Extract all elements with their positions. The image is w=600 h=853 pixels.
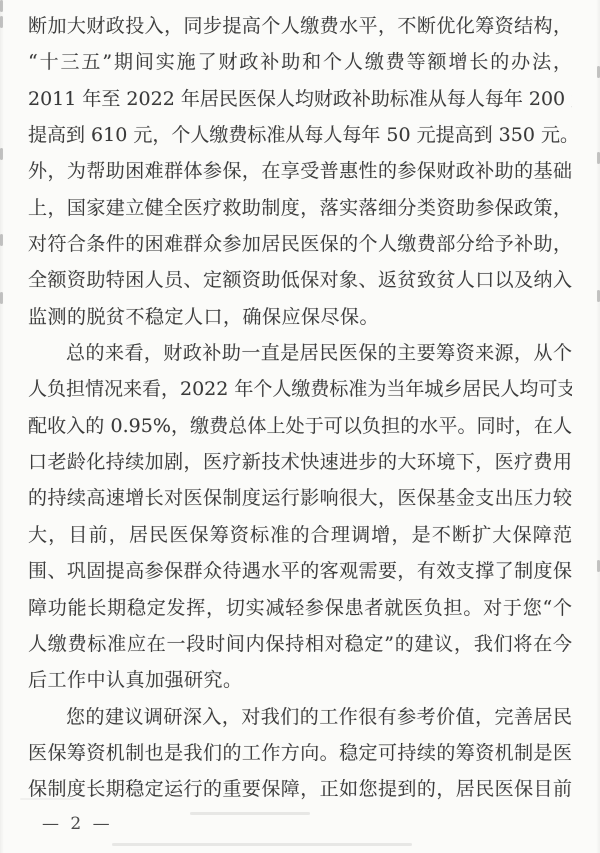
document-line: 对符合条件的困难群众参加居民医保的个人缴费部分给予补助， <box>28 226 572 262</box>
document-line: 您的建议调研深入，对我们的工作很有参考价值，完善居民 <box>28 699 572 735</box>
document-line: 大，目前，居民医保筹资标准的合理调增，是不断扩大保障范 <box>28 517 572 553</box>
scan-edge-mark <box>0 292 3 304</box>
scan-smudge <box>112 843 412 846</box>
document-line: 障功能长期稳定发挥，切实减轻参保患者就医负担。对于您“个 <box>28 590 572 626</box>
document-line: 配收入的 0.95%，缴费总体上处于可以负担的水平。同时，在人 <box>28 408 572 444</box>
scan-edge-mark <box>0 0 3 12</box>
document-line: “十三五”期间实施了财政补助和个人缴费等额增长的办法， <box>28 44 572 80</box>
document-line: 全额资助特困人员、定额资助低保对象、返贫致贫人口以及纳入 <box>28 262 572 298</box>
document-line: 总的来看，财政补助一直是居民医保的主要筹资来源，从个 <box>28 335 572 371</box>
document-line: 医保筹资机制也是我们的工作方向。稳定可持续的筹资机制是医 <box>28 735 572 771</box>
scan-edge-mark <box>0 234 3 246</box>
page-number: — 2 — <box>42 814 113 834</box>
document-line: 的持续高速增长对医保制度运行影响很大，医保基金支出压力较 <box>28 480 572 516</box>
document-line: 口老龄化持续加剧，医疗新技术快速进步的大环境下，医疗费用 <box>28 444 572 480</box>
document-line: 外，为帮助困难群体参保，在享受普惠性的参保财政补助的基础 <box>28 153 572 189</box>
document-line: 断加大财政投入，同步提高个人缴费水平，不断优化筹资结构， <box>28 8 572 44</box>
document-line: 人负担情况来看，2022 年个人缴费标准为当年城乡居民人均可支 <box>28 371 572 407</box>
document-body-text: 断加大财政投入，同步提高个人缴费水平，不断优化筹资结构， “十三五”期间实施了财… <box>28 8 572 808</box>
document-line: 2011 年至 2022 年居民医保人均财政补助标准从每人每年 200 元 <box>28 81 572 117</box>
document-line: 上，国家建立健全医疗救助制度，落实落细分类资助参保政策， <box>28 190 572 226</box>
scanned-document-page: { "document": { "description": "Official… <box>0 0 600 853</box>
document-line: 围、巩固提高参保群众待遇水平的客观需要，有效支撑了制度保 <box>28 553 572 589</box>
scan-edge-mark <box>0 16 3 28</box>
document-line: 监测的脱贫不稳定人口，确保应保尽保。 <box>28 299 572 335</box>
document-line: 保制度长期稳定运行的重要保障，正如您提到的，居民医保目前 <box>28 771 572 807</box>
document-line: 人缴费标准应在一段时间内保持相对稳定”的建议，我们将在今 <box>28 626 572 662</box>
scan-edge-mark <box>0 148 3 160</box>
document-line: 后工作中认真加强研究。 <box>28 662 572 698</box>
scan-smudge <box>190 812 310 815</box>
document-line: 提高到 610 元，个人缴费标准从每人每年 50 元提高到 350 元。此 <box>28 117 572 153</box>
document-page: 断加大财政投入，同步提高个人缴费水平，不断优化筹资结构， “十三五”期间实施了财… <box>0 0 600 853</box>
